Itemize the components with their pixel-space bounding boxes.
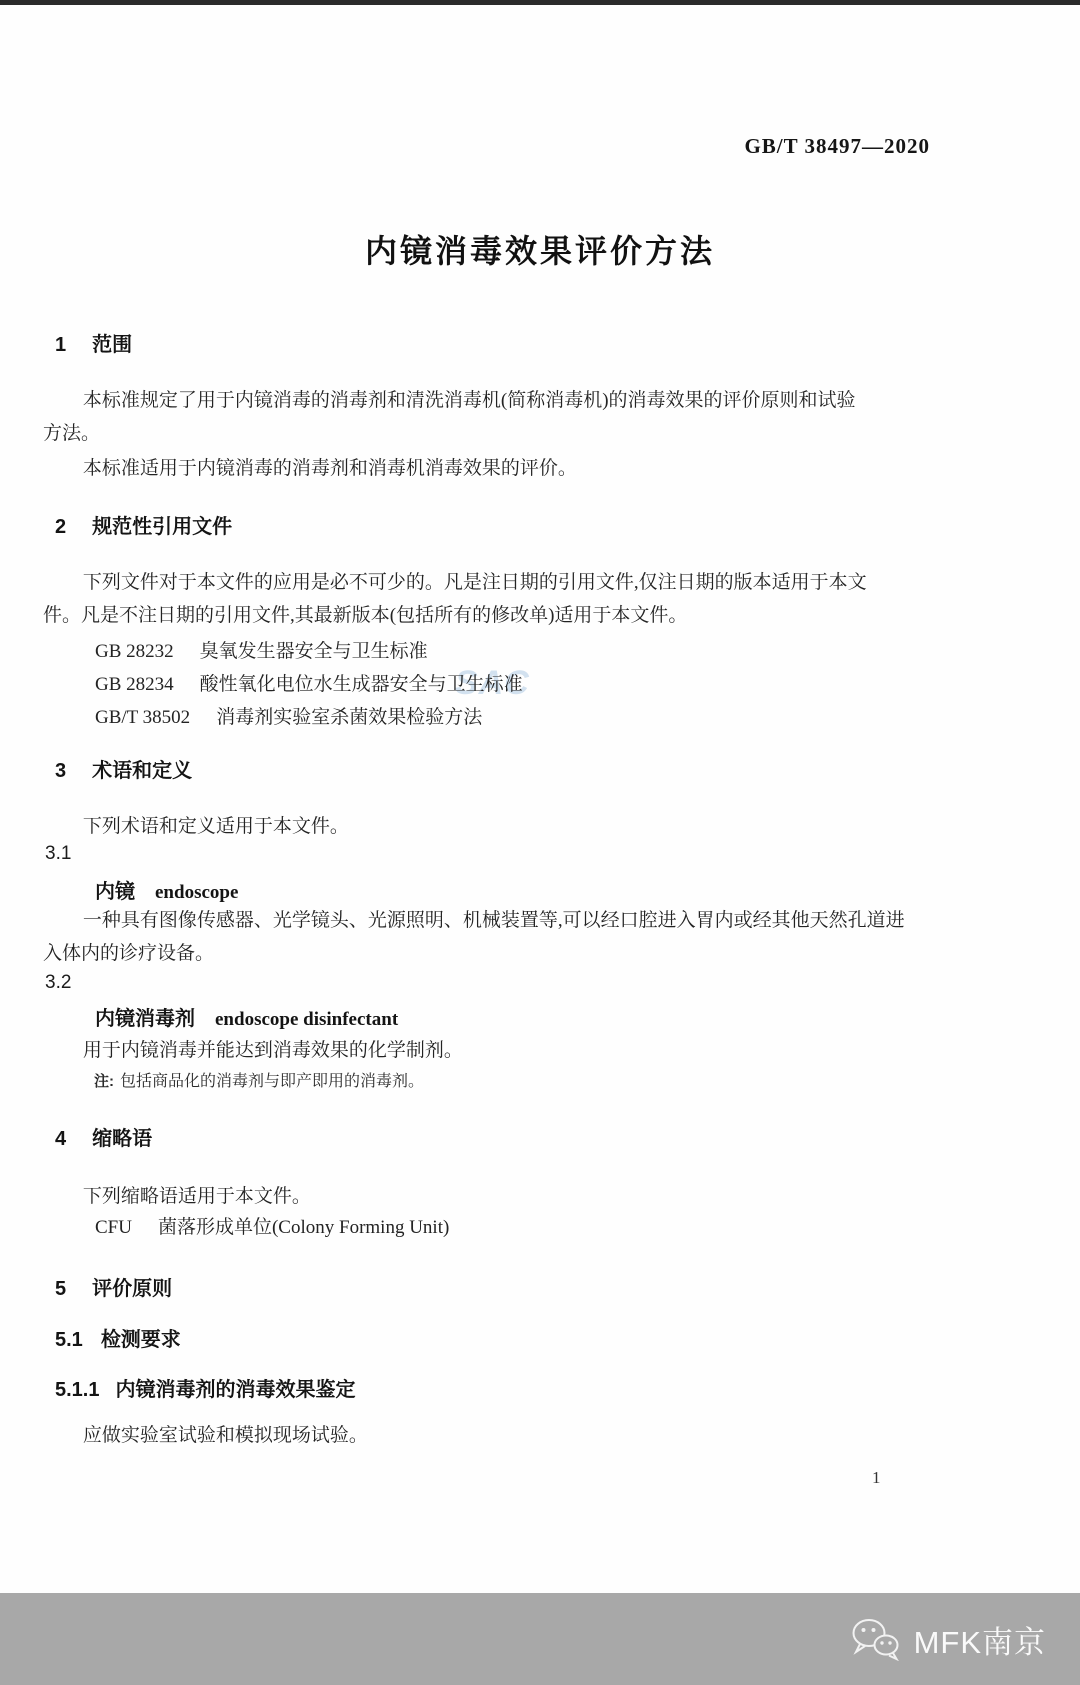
footer-bar: MFK南京: [0, 1593, 1080, 1685]
clause-number: 3.2: [45, 972, 71, 994]
section-heading-abbreviations: 4缩略语: [55, 1122, 152, 1151]
section-title: 范围: [92, 334, 132, 356]
abbreviation-name: 菌落形成单位(Colony Forming Unit): [158, 1217, 449, 1238]
section-number: 4: [55, 1128, 66, 1150]
paragraph-abbr-intro: 下列缩略语适用于本文件。: [43, 1180, 958, 1213]
section-title: 缩略语: [92, 1128, 152, 1150]
reference-name: 臭氧发生器安全与卫生标准: [200, 641, 428, 662]
clause-number: 3.1: [45, 843, 71, 865]
term-line: 内镜消毒剂endoscope disinfectant: [95, 1002, 398, 1031]
term-zh: 内镜消毒剂: [95, 1008, 195, 1030]
abbreviation-item: CFU菌落形成单位(Colony Forming Unit): [95, 1212, 449, 1239]
footer-brand: MFK南京: [914, 1617, 1046, 1662]
section-number: 2: [55, 516, 66, 538]
section-number: 5: [55, 1278, 66, 1300]
reference-item: GB 28234酸性氧化电位水生成器安全与卫生标准: [95, 669, 523, 696]
section-title: 内镜消毒剂的消毒效果鉴定: [115, 1379, 355, 1401]
section-title: 检测要求: [101, 1329, 181, 1351]
term-definition: 用于内镜消毒并能达到消毒效果的化学制剂。: [43, 1034, 958, 1067]
page-number: 1: [872, 1468, 881, 1488]
note-text: 包括商品化的消毒剂与即产即用的消毒剂。: [120, 1073, 424, 1090]
top-border-bar: [0, 0, 1080, 5]
term-zh: 内镜: [95, 881, 135, 903]
reference-code: GB 28234: [95, 674, 174, 695]
section-number: 5.1.1: [55, 1379, 99, 1401]
term-en: endoscope: [155, 882, 238, 903]
reference-name: 酸性氧化电位水生成器安全与卫生标准: [200, 674, 523, 695]
note-label: 注:: [94, 1073, 114, 1090]
paragraph-normative-refs: 下列文件对于本文件的应用是必不可少的。凡是注日期的引用文件,仅注日期的版本适用于…: [43, 566, 958, 632]
doc-title: 内镜消毒效果评价方法: [0, 226, 1080, 272]
section-heading-terms: 3术语和定义: [55, 754, 192, 783]
reference-name: 消毒剂实验室杀菌效果检验方法: [216, 707, 482, 728]
reference-code: GB/T 38502: [95, 707, 190, 728]
section-title: 规范性引用文件: [92, 516, 232, 538]
document-page: SAC GB/T 38497—2020 内镜消毒效果评价方法 1范围 本标准规定…: [0, 0, 1080, 1685]
wechat-icon: [848, 1617, 902, 1661]
term-note: 注:包括商品化的消毒剂与即产即用的消毒剂。: [94, 1068, 424, 1091]
term-en: endoscope disinfectant: [215, 1009, 398, 1030]
paragraph-terms-intro: 下列术语和定义适用于本文件。: [43, 810, 958, 843]
section-title: 术语和定义: [92, 760, 192, 782]
section-heading-principles: 5评价原则: [55, 1272, 172, 1301]
section-title: 评价原则: [92, 1278, 172, 1300]
term-definition: 一种具有图像传感器、光学镜头、光源照明、机械装置等,可以经口腔进入胃内或经其他天…: [43, 904, 958, 970]
reference-item: GB 28232臭氧发生器安全与卫生标准: [95, 636, 428, 663]
doc-number: GB/T 38497—2020: [744, 134, 930, 159]
term-line: 内镜endoscope: [95, 875, 238, 904]
section-number: 1: [55, 334, 66, 356]
subsection-heading-5-1-1: 5.1.1内镜消毒剂的消毒效果鉴定: [55, 1373, 355, 1402]
subsection-heading-5-1: 5.1检测要求: [55, 1323, 181, 1352]
paragraph-5-1-1: 应做实验室试验和模拟现场试验。: [43, 1419, 958, 1452]
paragraph-scope-2: 本标准适用于内镜消毒的消毒剂和消毒机消毒效果的评价。: [43, 452, 958, 485]
section-number: 3: [55, 760, 66, 782]
section-number: 5.1: [55, 1329, 83, 1351]
reference-item: GB/T 38502消毒剂实验室杀菌效果检验方法: [95, 702, 482, 729]
reference-code: GB 28232: [95, 641, 174, 662]
section-heading-normative-refs: 2规范性引用文件: [55, 510, 232, 539]
abbreviation-code: CFU: [95, 1217, 132, 1238]
paragraph-scope-1: 本标准规定了用于内镜消毒的消毒剂和清洗消毒机(简称消毒机)的消毒效果的评价原则和…: [43, 384, 958, 450]
section-heading-scope: 1范围: [55, 328, 132, 357]
